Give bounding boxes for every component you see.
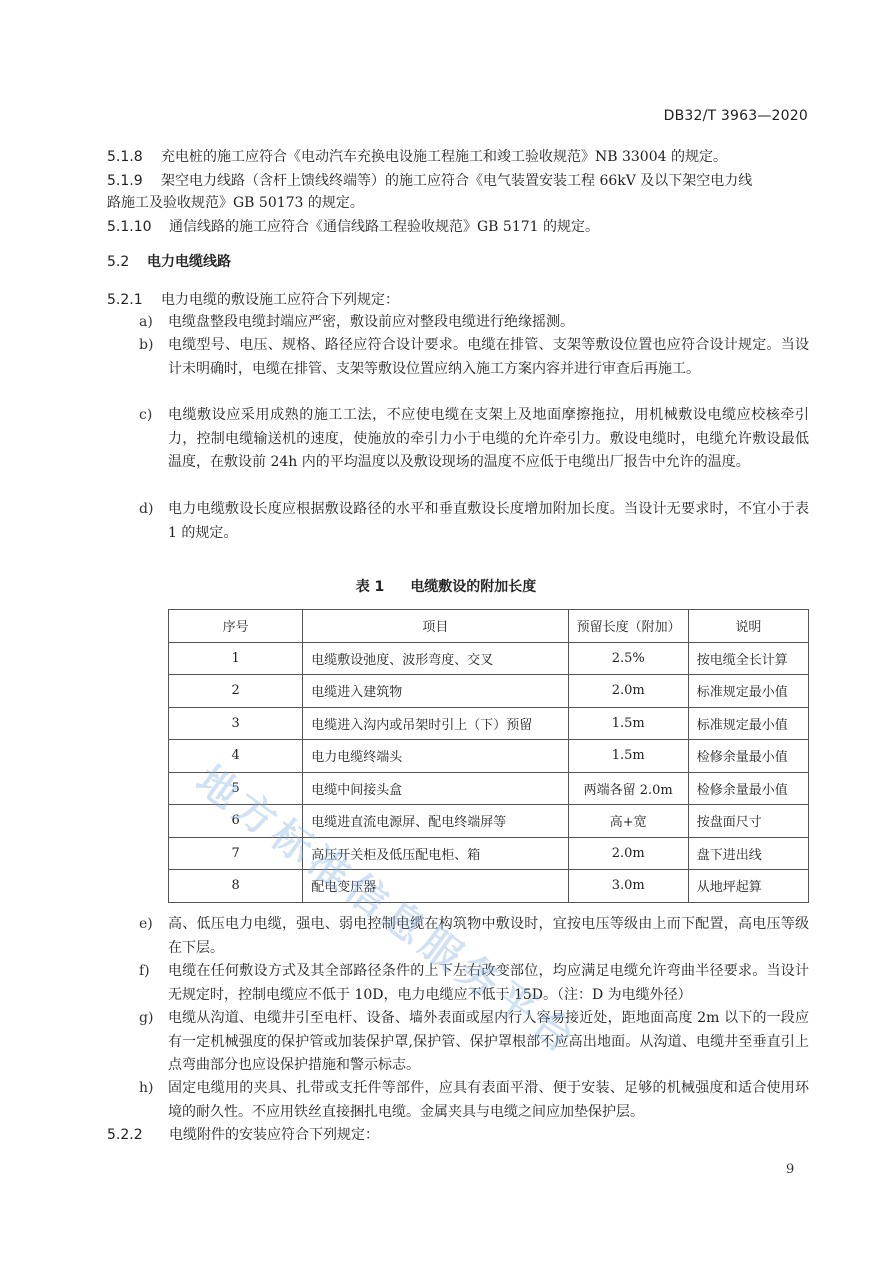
item-text-c: 电缆敷设应采用成熟的施工工法，不应使电缆在支架上及地面摩擦拖拉，用机械敷设电缆应…	[168, 404, 809, 475]
table-row: 1 电缆敷设弛度、波形弯度、交叉 2.5% 按电缆全长计算	[169, 642, 809, 675]
cell-item: 高压开关柜及低压配电柜、箱	[303, 837, 568, 870]
cell-seq: 5	[169, 772, 303, 805]
table-row: 4 电力电缆终端头 1.5m 检修余量最小值	[169, 740, 809, 773]
cell-seq: 4	[169, 740, 303, 773]
item-label-c: c)	[139, 404, 152, 426]
cell-seq: 1	[169, 642, 303, 675]
item-text-b: 电缆型号、电压、规格、路径应符合设计要求。电缆在排管、支架等敷设位置也应符合设计…	[168, 334, 809, 381]
header-note: 说明	[688, 610, 808, 643]
cell-item: 电缆进直流电源屏、配电终端屏等	[303, 805, 568, 838]
cell-note: 标准规定最小值	[688, 707, 808, 740]
clause-5-1-10: 5.1.10通信线路的施工应符合《通信线路工程验收规范》GB 5171 的规定。	[107, 216, 599, 238]
clause-text: 通信线路的施工应符合《通信线路工程验收规范》GB 5171 的规定。	[169, 219, 599, 235]
cell-length: 2.0m	[568, 675, 688, 708]
table-row: 8 配电变压器 3.0m 从地坪起算	[169, 870, 809, 903]
cell-seq: 2	[169, 675, 303, 708]
clause-number: 5.1.9	[107, 170, 161, 192]
section-heading-5-2: 5.2电力电缆线路	[107, 251, 231, 273]
cell-item: 电力电缆终端头	[303, 740, 568, 773]
table-caption: 表 1电缆敷设的附加长度	[0, 576, 892, 596]
item-label-g: g)	[139, 1007, 153, 1029]
cell-length: 两端各留 2.0m	[568, 772, 688, 805]
clause-number: 5.1.10	[107, 216, 169, 238]
table-row: 3 电缆进入沟内或吊架时引上（下）预留 1.5m 标准规定最小值	[169, 707, 809, 740]
cell-seq: 3	[169, 707, 303, 740]
section-title: 电力电缆线路	[147, 254, 231, 270]
document-id-header: DB32/T 3963—2020	[664, 108, 808, 124]
cell-length: 2.0m	[568, 837, 688, 870]
item-text-a: 电缆盘整段电缆封端应严密，敷设前应对整段电缆进行绝缘摇测。	[168, 311, 809, 335]
cell-length: 3.0m	[568, 870, 688, 903]
item-label-e: e)	[139, 913, 153, 935]
clause-number: 5.2.1	[107, 289, 161, 311]
clause-5-1-9: 5.1.9架空电力线路（含杆上馈线终端等）的施工应符合《电气装置安装工程 66k…	[107, 170, 752, 192]
cell-item: 电缆敷设弛度、波形弯度、交叉	[303, 642, 568, 675]
clause-text: 充电桩的施工应符合《电动汽车充换电设施工程施工和竣工验收规范》NB 33004 …	[161, 149, 727, 165]
cell-seq: 6	[169, 805, 303, 838]
cell-item: 电缆进入沟内或吊架时引上（下）预留	[303, 707, 568, 740]
table-row: 5 电缆中间接头盒 两端各留 2.0m 检修余量最小值	[169, 772, 809, 805]
document-page: DB32/T 3963—2020 5.1.8充电桩的施工应符合《电动汽车充换电设…	[0, 0, 892, 1262]
header-seq: 序号	[169, 610, 303, 643]
clause-text: 电缆附件的安装应符合下列规定：	[169, 1127, 379, 1143]
item-label-b: b)	[139, 334, 153, 356]
page-number: 9	[786, 1162, 794, 1177]
cell-item: 配电变压器	[303, 870, 568, 903]
header-reserved-length: 预留长度（附加）	[568, 610, 688, 643]
table-caption-title: 电缆敷设的附加长度	[410, 579, 536, 595]
clause-number: 5.2.2	[107, 1124, 169, 1146]
clause-number: 5.1.8	[107, 146, 161, 168]
cable-extra-length-table: 序号 项目 预留长度（附加） 说明 1 电缆敷设弛度、波形弯度、交叉 2.5% …	[168, 609, 809, 903]
cell-length: 2.5%	[568, 642, 688, 675]
header-item: 项目	[303, 610, 568, 643]
cell-length: 1.5m	[568, 707, 688, 740]
cell-item: 电缆进入建筑物	[303, 675, 568, 708]
section-number: 5.2	[107, 251, 147, 273]
item-label-f: f)	[139, 960, 150, 982]
clause-5-2-2: 5.2.2电缆附件的安装应符合下列规定：	[107, 1124, 379, 1146]
cell-note: 从地坪起算	[688, 870, 808, 903]
item-text-e: 高、低压电力电缆，强电、弱电控制电缆在构筑物中敷设时，宜按电压等级由上而下配置，…	[168, 913, 809, 960]
clause-5-2-1: 5.2.1电力电缆的敷设施工应符合下列规定：	[107, 289, 399, 311]
cell-note: 按电缆全长计算	[688, 642, 808, 675]
clause-text: 架空电力线路（含杆上馈线终端等）的施工应符合《电气装置安装工程 66kV 及以下…	[161, 173, 752, 189]
table-row: 7 高压开关柜及低压配电柜、箱 2.0m 盘下进出线	[169, 837, 809, 870]
clause-5-1-9-continuation: 路施工及验收规范》GB 50173 的规定。	[107, 192, 364, 214]
item-text-g: 电缆从沟道、电缆井引至电杆、设备、墙外表面或屋内行人容易接近处，距地面高度 2m…	[168, 1007, 809, 1078]
cell-length: 1.5m	[568, 740, 688, 773]
cell-item: 电缆中间接头盒	[303, 772, 568, 805]
clause-5-1-8: 5.1.8充电桩的施工应符合《电动汽车充换电设施工程施工和竣工验收规范》NB 3…	[107, 146, 727, 168]
cell-note: 盘下进出线	[688, 837, 808, 870]
cell-note: 检修余量最小值	[688, 772, 808, 805]
table-row: 6 电缆进直流电源屏、配电终端屏等 高+宽 按盘面尺寸	[169, 805, 809, 838]
table-caption-number: 表 1	[356, 579, 385, 595]
item-text-f: 电缆在任何敷设方式及其全部路径条件的上下左右改变部位，均应满足电缆允许弯曲半径要…	[168, 960, 809, 1007]
cell-note: 标准规定最小值	[688, 675, 808, 708]
cell-note: 检修余量最小值	[688, 740, 808, 773]
clause-text: 电力电缆的敷设施工应符合下列规定：	[161, 292, 399, 308]
table-header-row: 序号 项目 预留长度（附加） 说明	[169, 610, 809, 643]
item-text-d: 电力电缆敷设长度应根据敷设路径的水平和垂直敷设长度增加附加长度。当设计无要求时，…	[168, 498, 809, 545]
cell-length: 高+宽	[568, 805, 688, 838]
item-label-a: a)	[139, 311, 153, 333]
cell-seq: 7	[169, 837, 303, 870]
item-text-h: 固定电缆用的夹具、扎带或支托件等部件，应具有表面平滑、便于安装、足够的机械强度和…	[168, 1077, 809, 1124]
item-label-h: h)	[139, 1077, 153, 1099]
cell-seq: 8	[169, 870, 303, 903]
item-label-d: d)	[139, 498, 153, 520]
table-row: 2 电缆进入建筑物 2.0m 标准规定最小值	[169, 675, 809, 708]
cell-note: 按盘面尺寸	[688, 805, 808, 838]
